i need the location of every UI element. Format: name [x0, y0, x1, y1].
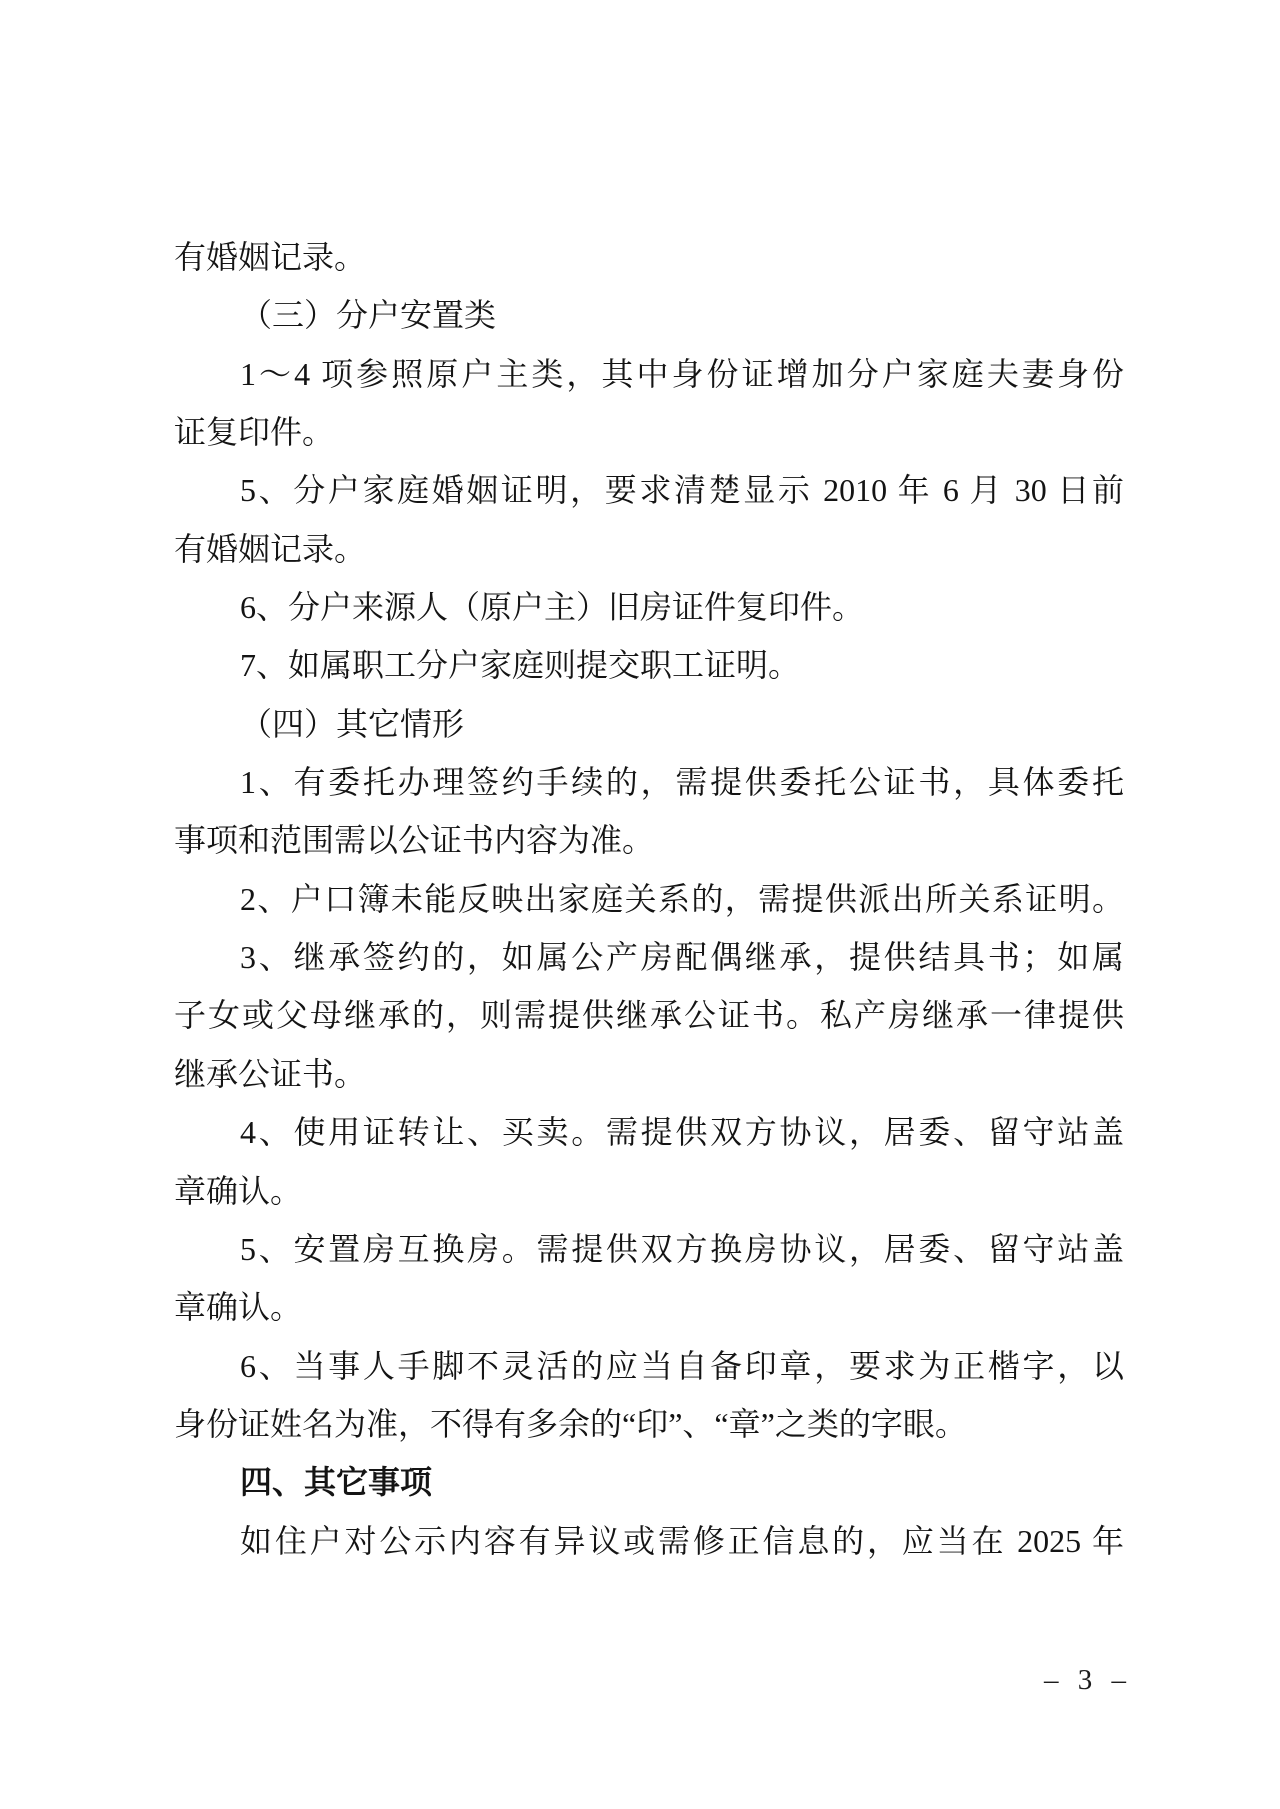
- text-line: 有婚姻记录。: [174, 228, 1124, 286]
- text-line: 有婚姻记录。: [174, 520, 1124, 578]
- text-line: 继承公证书。: [174, 1045, 1124, 1103]
- section-heading: 四、其它事项: [174, 1453, 1124, 1511]
- text-line: 7、如属职工分户家庭则提交职工证明。: [174, 636, 1124, 694]
- text-line: 3、继承签约的，如属公产房配偶继承，提供结具书；如属: [174, 928, 1124, 986]
- text-line: 身份证姓名为准，不得有多余的“印”、“章”之类的字眼。: [174, 1395, 1124, 1453]
- page-number: – 3 –: [1044, 1664, 1130, 1697]
- document-page: 有婚姻记录。（三）分户安置类1～4 项参照原户主类，其中身份证增加分户家庭夫妻身…: [0, 0, 1280, 1809]
- text-line: 章确认。: [174, 1162, 1124, 1220]
- text-line: （四）其它情形: [174, 695, 1124, 753]
- text-line: 6、当事人手脚不灵活的应当自备印章，要求为正楷字，以: [174, 1337, 1124, 1395]
- text-line: （三）分户安置类: [174, 286, 1124, 344]
- text-line: 2、户口簿未能反映出家庭关系的，需提供派出所关系证明。: [174, 870, 1124, 928]
- text-line: 5、分户家庭婚姻证明，要求清楚显示 2010 年 6 月 30 日前: [174, 461, 1124, 519]
- text-line: 1～4 项参照原户主类，其中身份证增加分户家庭夫妻身份: [174, 345, 1124, 403]
- text-line: 事项和范围需以公证书内容为准。: [174, 811, 1124, 869]
- text-line: 章确认。: [174, 1278, 1124, 1336]
- text-line: 6、分户来源人（原户主）旧房证件复印件。: [174, 578, 1124, 636]
- text-line: 1、有委托办理签约手续的，需提供委托公证书，具体委托: [174, 753, 1124, 811]
- document-text-block: 有婚姻记录。（三）分户安置类1～4 项参照原户主类，其中身份证增加分户家庭夫妻身…: [174, 228, 1124, 1570]
- text-line: 子女或父母继承的，则需提供继承公证书。私产房继承一律提供: [174, 986, 1124, 1044]
- text-line: 4、使用证转让、买卖。需提供双方协议，居委、留守站盖: [174, 1103, 1124, 1161]
- text-line: 如住户对公示内容有异议或需修正信息的，应当在 2025 年: [174, 1512, 1124, 1570]
- text-line: 证复印件。: [174, 403, 1124, 461]
- text-line: 5、安置房互换房。需提供双方换房协议，居委、留守站盖: [174, 1220, 1124, 1278]
